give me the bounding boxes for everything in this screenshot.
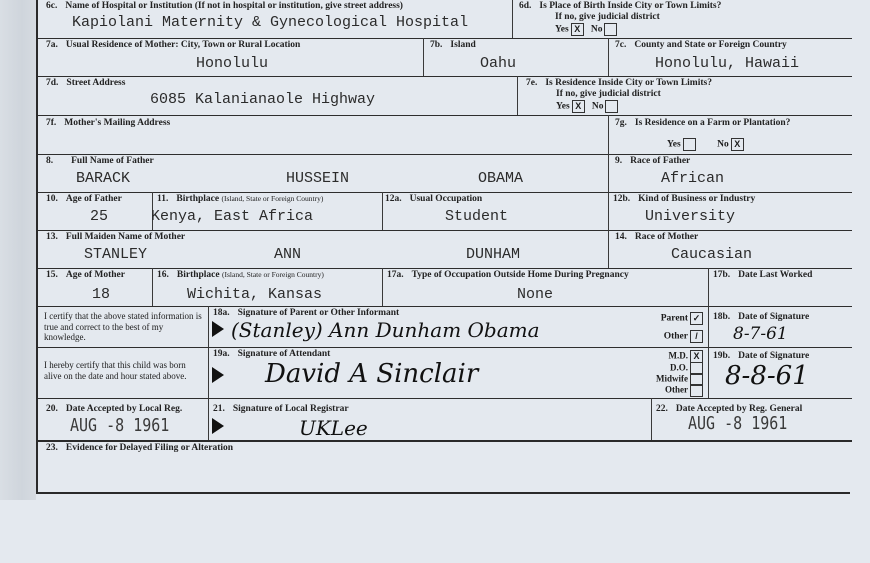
certification-attendant: I hereby certify that this child was bor… [38,347,208,398]
father-first-name: BARACK [76,170,130,187]
mother-residence-county: Honolulu, Hawaii [655,55,799,72]
field-num: 6c. [46,1,57,11]
field-label: Is Place of Birth Inside City or Town Li… [539,1,721,11]
no-label: No [717,140,729,150]
field-19a: 19a.Signature of Attendant David A Sincl… [208,347,709,398]
informant-signature-date: 8-7-61 [733,324,788,344]
field-num: 12b. [613,194,630,204]
sign-here-arrow-icon [212,321,224,337]
row-7a: 7a.Usual Residence of Mother: City, Town… [38,38,852,77]
field-17a: 17a.Type of Occupation Outside Home Duri… [382,268,709,306]
field-num: 19a. [213,349,230,359]
row-13: 13.Full Maiden Name of Mother STANLEY AN… [38,230,852,269]
field-label: Age of Father [66,194,122,204]
mother-residence-island: Oahu [480,55,516,72]
field-7c: 7c.County and State or Foreign Country H… [608,38,853,76]
field-label: Mother's Mailing Address [64,118,170,128]
field-label: Date Last Worked [738,270,812,280]
field-label: Island [450,40,475,50]
father-last-name: OBAMA [478,170,523,187]
field-num: 18a. [213,308,230,318]
field-num: 22. [656,404,668,414]
row-18: I certify that the above stated informat… [38,306,852,348]
no-checkbox[interactable]: X [731,138,744,151]
sign-here-arrow-icon [212,418,224,434]
yes-checkbox[interactable] [683,138,696,151]
field-num: 10. [46,194,58,204]
hospital-name: Kapiolani Maternity & Gynecological Hosp… [72,14,468,31]
field-label: Race of Father [630,156,690,166]
no-label: No [591,25,603,35]
field-num: 17a. [387,270,404,280]
other-label: Other [665,385,688,395]
field-label: Name of Hospital or Institution (If not … [65,1,403,11]
registrar-signature: UKLee [299,416,368,440]
field-23: 23.Evidence for Delayed Filing or Altera… [38,440,852,492]
row-7d: 7d.Street Address 6085 Kalanianaole High… [38,76,852,116]
field-num: 11. [157,194,168,204]
field-sublabel: If no, give judicial district [556,89,661,99]
field-label: Is Residence Inside City or Town Limits? [545,78,712,88]
field-9: 9.Race of Father African [608,154,853,192]
field-num: 18b. [713,312,730,322]
field-8: 8.Full Name of Father BARACK HUSSEIN OBA… [38,154,608,192]
reg-general-date-stamp: AUG -8 1961 [688,412,787,434]
yes-label: Yes [556,102,570,112]
field-label: Kind of Business or Industry [638,194,755,204]
field-num: 16. [157,270,169,280]
field-label: County and State or Foreign Country [634,40,786,50]
field-label: Usual Residence of Mother: City, Town or… [66,40,300,50]
field-7g: 7g.Is Residence on a Farm or Plantation?… [608,115,853,154]
field-label: Birthplace [177,270,220,280]
field-label: Birthplace [176,194,219,204]
mother-age: 18 [92,286,110,303]
row-10: 10.Age of Father 25 11.Birthplace (Islan… [38,192,852,231]
field-label: Race of Mother [635,232,698,242]
midwife-label: Midwife [656,374,688,384]
field-num: 17b. [713,270,730,280]
parent-checkbox[interactable]: ✓ [690,312,703,325]
local-reg-date-stamp: AUG -8 1961 [70,414,169,436]
field-label: Signature of Attendant [238,349,331,359]
certification-informant: I certify that the above stated informat… [38,306,208,347]
yes-label: Yes [555,25,569,35]
field-10: 10.Age of Father 25 [38,192,152,230]
field-num: 9. [615,156,622,166]
field-num: 7a. [46,40,58,50]
parent-label: Parent [661,314,688,324]
other-attendant-checkbox[interactable] [690,384,703,397]
field-num: 15. [46,270,58,280]
field-7f: 7f.Mother's Mailing Address [38,115,608,154]
field-num: 7d. [46,78,58,88]
other-label: Other [664,332,688,342]
field-15: 15.Age of Mother 18 [38,268,152,306]
yes-checkbox[interactable]: X [571,23,584,36]
form-bottom-border [36,492,850,494]
attendant-signature-date: 8-8-61 [725,361,809,391]
field-7b: 7b.Island Oahu [423,38,609,76]
field-18b: 18b.Date of Signature 8-7-61 [708,306,853,347]
field-20: 20.Date Accepted by Local Reg. AUG -8 19… [38,398,208,440]
field-num: 19b. [713,351,730,361]
mother-occupation: None [517,286,553,303]
field-16: 16.Birthplace (Island, State or Foreign … [152,268,383,306]
birth-certificate-form: 6c.Name of Hospital or Institution (If n… [36,0,852,492]
field-num: 7f. [46,118,56,128]
row-15: 15.Age of Mother 18 16.Birthplace (Islan… [38,268,852,307]
mother-street-address: 6085 Kalanianaole Highway [150,91,375,108]
row-8: 8.Full Name of Father BARACK HUSSEIN OBA… [38,154,852,193]
field-num: 7e. [526,78,537,88]
field-14: 14.Race of Mother Caucasian [608,230,853,268]
field-7d: 7d.Street Address 6085 Kalanianaole High… [38,76,517,115]
field-num: 7g. [615,118,627,128]
certification-text: I certify that the above stated informat… [44,311,204,343]
field-label: Date Accepted by Local Reg. [66,404,182,414]
father-occupation: Student [445,208,508,225]
row-23: 23.Evidence for Delayed Filing or Altera… [38,440,852,492]
field-label: Full Maiden Name of Mother [66,232,185,242]
row-20: 20.Date Accepted by Local Reg. AUG -8 19… [38,398,852,442]
field-num: 21. [213,404,225,414]
field-label: Street Address [66,78,125,88]
father-age: 25 [90,208,108,225]
field-label: Date of Signature [738,312,809,322]
field-6d: 6d.Is Place of Birth Inside City or Town… [512,0,853,38]
field-label-small: (Island, State or Foreign Country) [221,194,323,203]
field-label: Usual Occupation [410,194,483,204]
field-num: 20. [46,404,58,414]
field-7a: 7a.Usual Residence of Mother: City, Town… [38,38,423,76]
field-12b: 12b.Kind of Business or Industry Univers… [608,192,853,230]
field-num: 7c. [615,40,626,50]
field-num: 23. [46,443,58,453]
field-label-small: (Island, State or Foreign Country) [222,270,324,279]
field-num: 8. [46,156,53,166]
no-label: No [592,102,604,112]
field-12a: 12a.Usual Occupation Student [382,192,609,230]
field-label: Full Name of Father [71,156,154,166]
md-label: M.D. [669,351,689,361]
father-middle-name: HUSSEIN [286,170,349,187]
field-19b: 19b.Date of Signature 8-8-61 [708,347,853,398]
mother-race: Caucasian [671,246,752,263]
informant-signature: (Stanley) Ann Dunham Obama [231,318,540,342]
do-label: D.O. [670,363,688,373]
field-label: Signature of Parent or Other Informant [238,308,400,318]
field-num: 12a. [385,194,402,204]
field-num: 7b. [430,40,442,50]
field-18a: 18a.Signature of Parent or Other Informa… [208,306,709,347]
yes-label: Yes [667,140,681,150]
field-label: Evidence for Delayed Filing or Alteratio… [66,443,233,453]
field-label: Date of Signature [738,351,809,361]
row-7f: 7f.Mother's Mailing Address 7g.Is Reside… [38,115,852,155]
row-6: 6c.Name of Hospital or Institution (If n… [38,0,852,39]
field-num: 14. [615,232,627,242]
field-22: 22.Date Accepted by Reg. General AUG -8 … [651,398,853,440]
field-13: 13.Full Maiden Name of Mother STANLEY AN… [38,230,608,268]
field-11: 11.Birthplace (Island, State or Foreign … [152,192,383,230]
field-num: 6d. [519,1,531,11]
field-7e: 7e.Is Residence Inside City or Town Limi… [517,76,853,115]
mother-first-name: STANLEY [84,246,147,263]
field-label: Signature of Local Registrar [233,404,349,414]
father-business: University [645,208,735,225]
certification-text: I hereby certify that this child was bor… [44,360,204,381]
field-sublabel: If no, give judicial district [555,12,660,22]
mother-birthplace: Wichita, Kansas [187,286,322,303]
father-race: African [661,170,724,187]
row-19: I hereby certify that this child was bor… [38,347,852,399]
no-checkbox[interactable] [605,100,618,113]
field-21: 21.Signature of Local Registrar UKLee [208,398,652,440]
other-checkbox[interactable]: / [690,330,703,343]
left-margin-strip [0,0,36,500]
field-label: Type of Occupation Outside Home During P… [412,270,629,280]
field-17b: 17b.Date Last Worked [708,268,853,306]
mother-residence-city: Honolulu [196,55,268,72]
field-num: 13. [46,232,58,242]
mother-maiden-name: DUNHAM [466,246,520,263]
attendant-signature: David A Sinclair [265,359,478,389]
sign-here-arrow-icon [212,367,224,383]
yes-checkbox[interactable]: X [572,100,585,113]
mother-middle-name: ANN [274,246,301,263]
field-label: Age of Mother [66,270,125,280]
no-checkbox[interactable] [604,23,617,36]
field-label: Is Residence on a Farm or Plantation? [635,118,791,128]
field-6c: 6c.Name of Hospital or Institution (If n… [38,0,512,38]
father-birthplace: Kenya, East Africa [151,208,313,225]
